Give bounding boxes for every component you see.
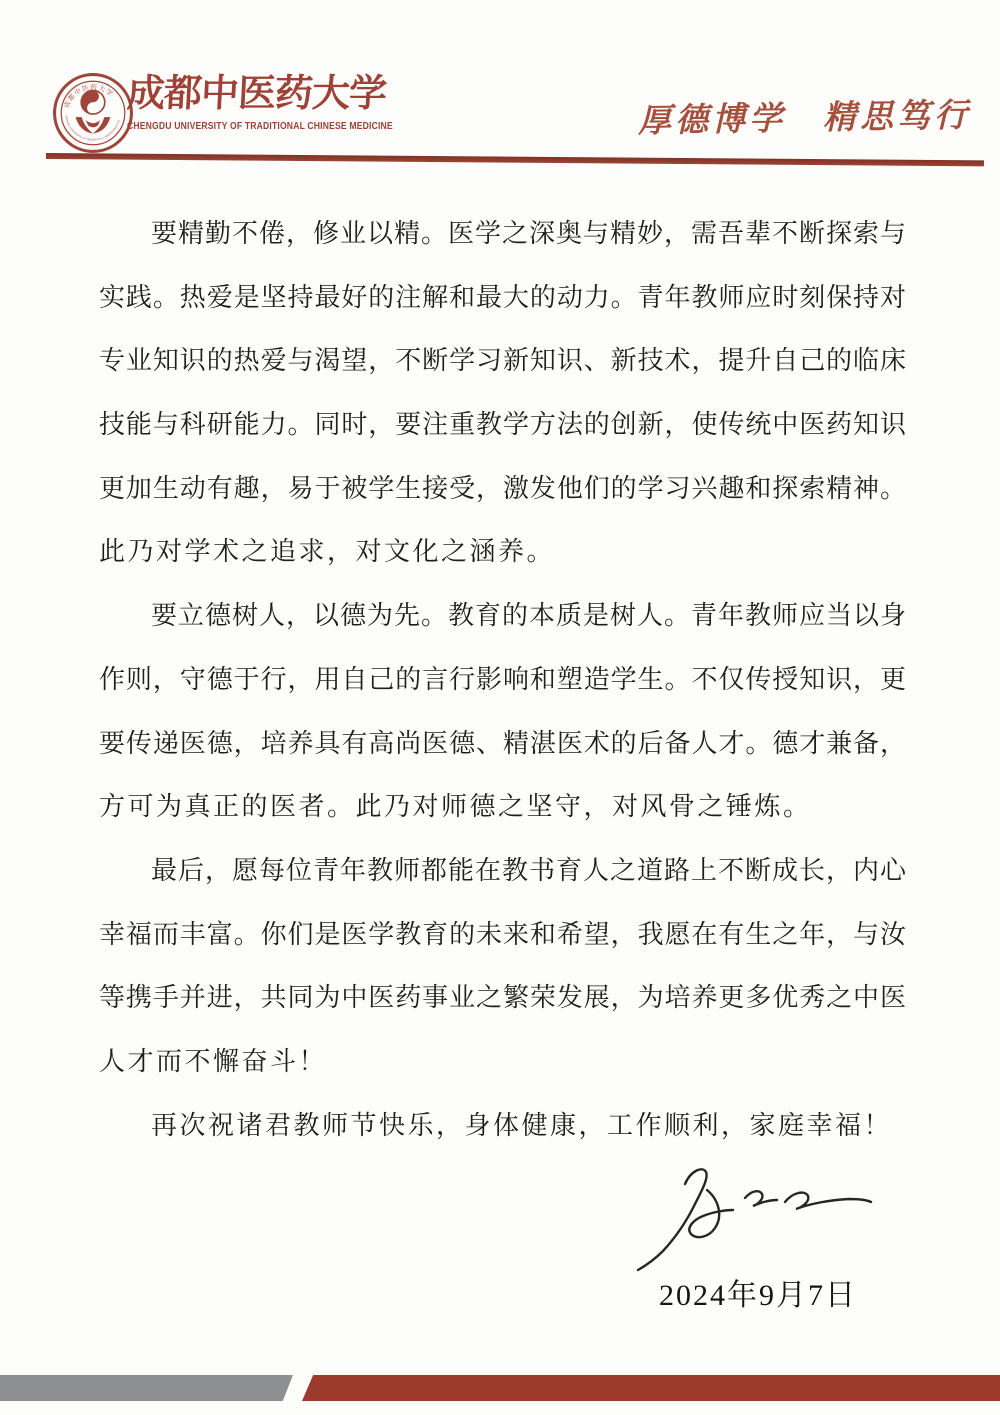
body-line: 等携手并进，共同为中医药事业之繁荣发展，为培养更多优秀之中医: [99, 966, 906, 1030]
body-line: 此乃对学术之追求，对文化之涵养。: [99, 520, 906, 584]
letter-page: 成都中医药大学 CHENGDU UNIVERSITY OF TRADITIONA…: [0, 0, 1000, 1415]
body-line: 要立德树人，以德为先。教育的本质是树人。青年教师应当以身: [99, 584, 906, 648]
body-line: 技能与科研能力。同时，要注重教学方法的创新，使传统中医药知识: [99, 393, 906, 457]
footer-gray-bar: [0, 1375, 293, 1401]
paragraph-1: 要精勤不倦，修业以精。医学之深奥与精妙，需吾辈不断探索与 实践。热爱是坚持最好的…: [99, 202, 906, 584]
letter-date: 2024年9月7日: [659, 1270, 857, 1314]
university-seal-icon: 成都中医药大学 CHENGDU UNIVERSITY OF TRADITIONA…: [52, 72, 134, 154]
body-line: 要传递医德，培养具有高尚医德、精湛医术的后备人才。德才兼备，: [99, 712, 906, 776]
body-line: 实践。热爱是坚持最好的注解和最大的动力。青年教师应时刻保持对: [99, 266, 906, 330]
footer-red-bar: [302, 1375, 1000, 1401]
university-title-block: 成都中医药大学 CHENGDU UNIVERSITY OF TRADITIONA…: [127, 70, 387, 132]
header-divider-rule: [46, 153, 984, 166]
paragraph-2: 要立德树人，以德为先。教育的本质是树人。青年教师应当以身 作则，守德于行，用自己…: [99, 584, 906, 839]
body-line: 幸福而丰富。你们是医学教育的未来和希望，我愿在有生之年，与汝: [99, 903, 906, 967]
body-line: 方可为真正的医者。此乃对师德之坚守，对风骨之锤炼。: [99, 775, 906, 839]
university-name-en: CHENGDU UNIVERSITY OF TRADITIONAL CHINES…: [127, 121, 351, 132]
body-line: 作则，守德于行，用自己的言行影响和塑造学生。不仅传授知识，更: [99, 648, 906, 712]
body-line: 人才而不懈奋斗！: [99, 1030, 906, 1094]
body-line: 要精勤不倦，修业以精。医学之深奥与精妙，需吾辈不断探索与: [99, 202, 906, 266]
university-name-cn: 成都中医药大学: [126, 70, 389, 118]
letter-body: 要精勤不倦，修业以精。医学之深奥与精妙，需吾辈不断探索与 实践。热爱是坚持最好的…: [99, 202, 906, 1157]
body-line: 最后，愿每位青年教师都能在教书育人之道路上不断成长，内心: [99, 839, 906, 903]
body-line: 更加生动有趣，易于被学生接受，激发他们的学习兴趣和探索精神。: [99, 457, 906, 521]
body-line: 再次祝诸君教师节快乐，身体健康，工作顺利，家庭幸福！: [99, 1094, 906, 1158]
body-line: 专业知识的热爱与渴望，不断学习新知识、新技术，提升自己的临床: [99, 329, 906, 393]
handwritten-signature: [633, 1158, 878, 1288]
paragraph-4: 再次祝诸君教师节快乐，身体健康，工作顺利，家庭幸福！: [99, 1094, 906, 1158]
paragraph-3: 最后，愿每位青年教师都能在教书育人之道路上不断成长，内心 幸福而丰富。你们是医学…: [99, 839, 906, 1094]
university-motto-calligraphy: 厚德博学 精思笃行: [638, 89, 969, 142]
